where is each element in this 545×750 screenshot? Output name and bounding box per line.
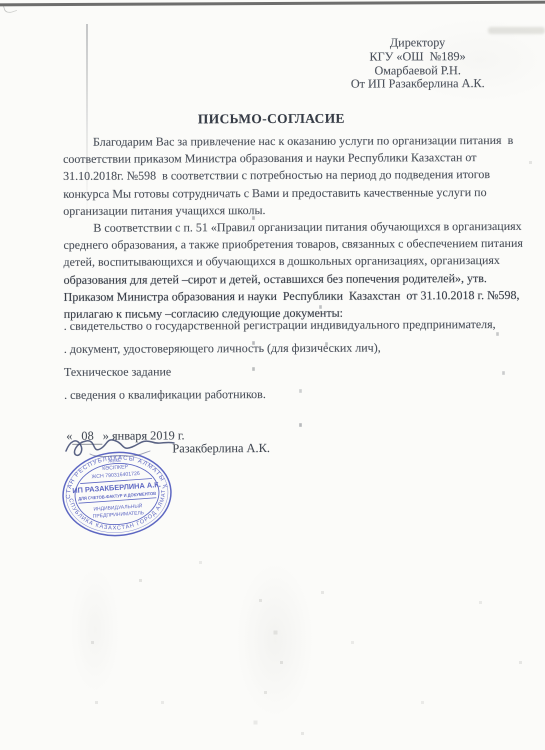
letter-title: ПИСЬМО-СОГЛАСИЕ bbox=[0, 110, 544, 128]
paragraph-line: организации питания учащихся школы. bbox=[63, 201, 513, 220]
company-stamp: ҚАЗАҚСТАН РЕСПУБЛИКАСЫ АЛМАТЫ ҚАЛАСЫ РЕС… bbox=[56, 448, 178, 542]
paragraph-line: В соответствии с п. 51 «Правил организац… bbox=[63, 218, 523, 237]
paragraph-line: Приказом Министра образования и науки Ре… bbox=[64, 287, 524, 306]
paragraph-line: соответствии приказом Министра образован… bbox=[63, 149, 513, 168]
paragraph-line: среднего образования, а также приобретен… bbox=[63, 235, 523, 254]
recipient-line: КГУ «ОШ №189» bbox=[322, 50, 514, 65]
letter-content: Директору КГУ «ОШ №189» Омарбаевой Р.Н. … bbox=[0, 0, 545, 750]
signatory-name: Разакберлина А.К. bbox=[172, 441, 270, 456]
paragraph-line: 31.10.2018г. №598 в соответствии с потре… bbox=[63, 166, 513, 185]
paragraph-line: образования для детей –сирот и детей, ос… bbox=[64, 270, 524, 289]
paragraph-1: Благодарим Вас за привлечение нас к оказ… bbox=[63, 132, 514, 220]
attachment-item: . сведения о квалификации работников. bbox=[64, 385, 496, 403]
stamp-center-text: ЖСН 790316401726 bbox=[91, 471, 140, 480]
scanned-letter-page: Директору КГУ «ОШ №189» Омарбаевой Р.Н. … bbox=[0, 0, 545, 750]
recipient-block: Директору КГУ «ОШ №189» Омарбаевой Р.Н. … bbox=[322, 36, 514, 92]
attachment-item: Техническое задание bbox=[64, 362, 496, 380]
paragraph-line: детей, воспитывающихся и обучающихся в д… bbox=[63, 252, 523, 271]
paragraph-line: Благодарим Вас за привлечение нас к оказ… bbox=[63, 132, 513, 151]
attachment-item: . документ, удостоверяющего личность (дл… bbox=[64, 339, 496, 357]
recipient-line: От ИП Разакберлина А.К. bbox=[322, 77, 514, 92]
paragraph-line: конкурса Мы готовы сотрудничать с Вами и… bbox=[63, 184, 513, 203]
stamp-center-text: КӘСІПКЕР bbox=[102, 464, 129, 472]
attachments-list: . свидетельство о государственной регист… bbox=[64, 316, 496, 410]
attachment-item: . свидетельство о государственной регист… bbox=[64, 316, 496, 334]
handwritten-signature bbox=[62, 433, 180, 461]
paragraph-2: В соответствии с п. 51 «Правил организац… bbox=[63, 218, 523, 323]
